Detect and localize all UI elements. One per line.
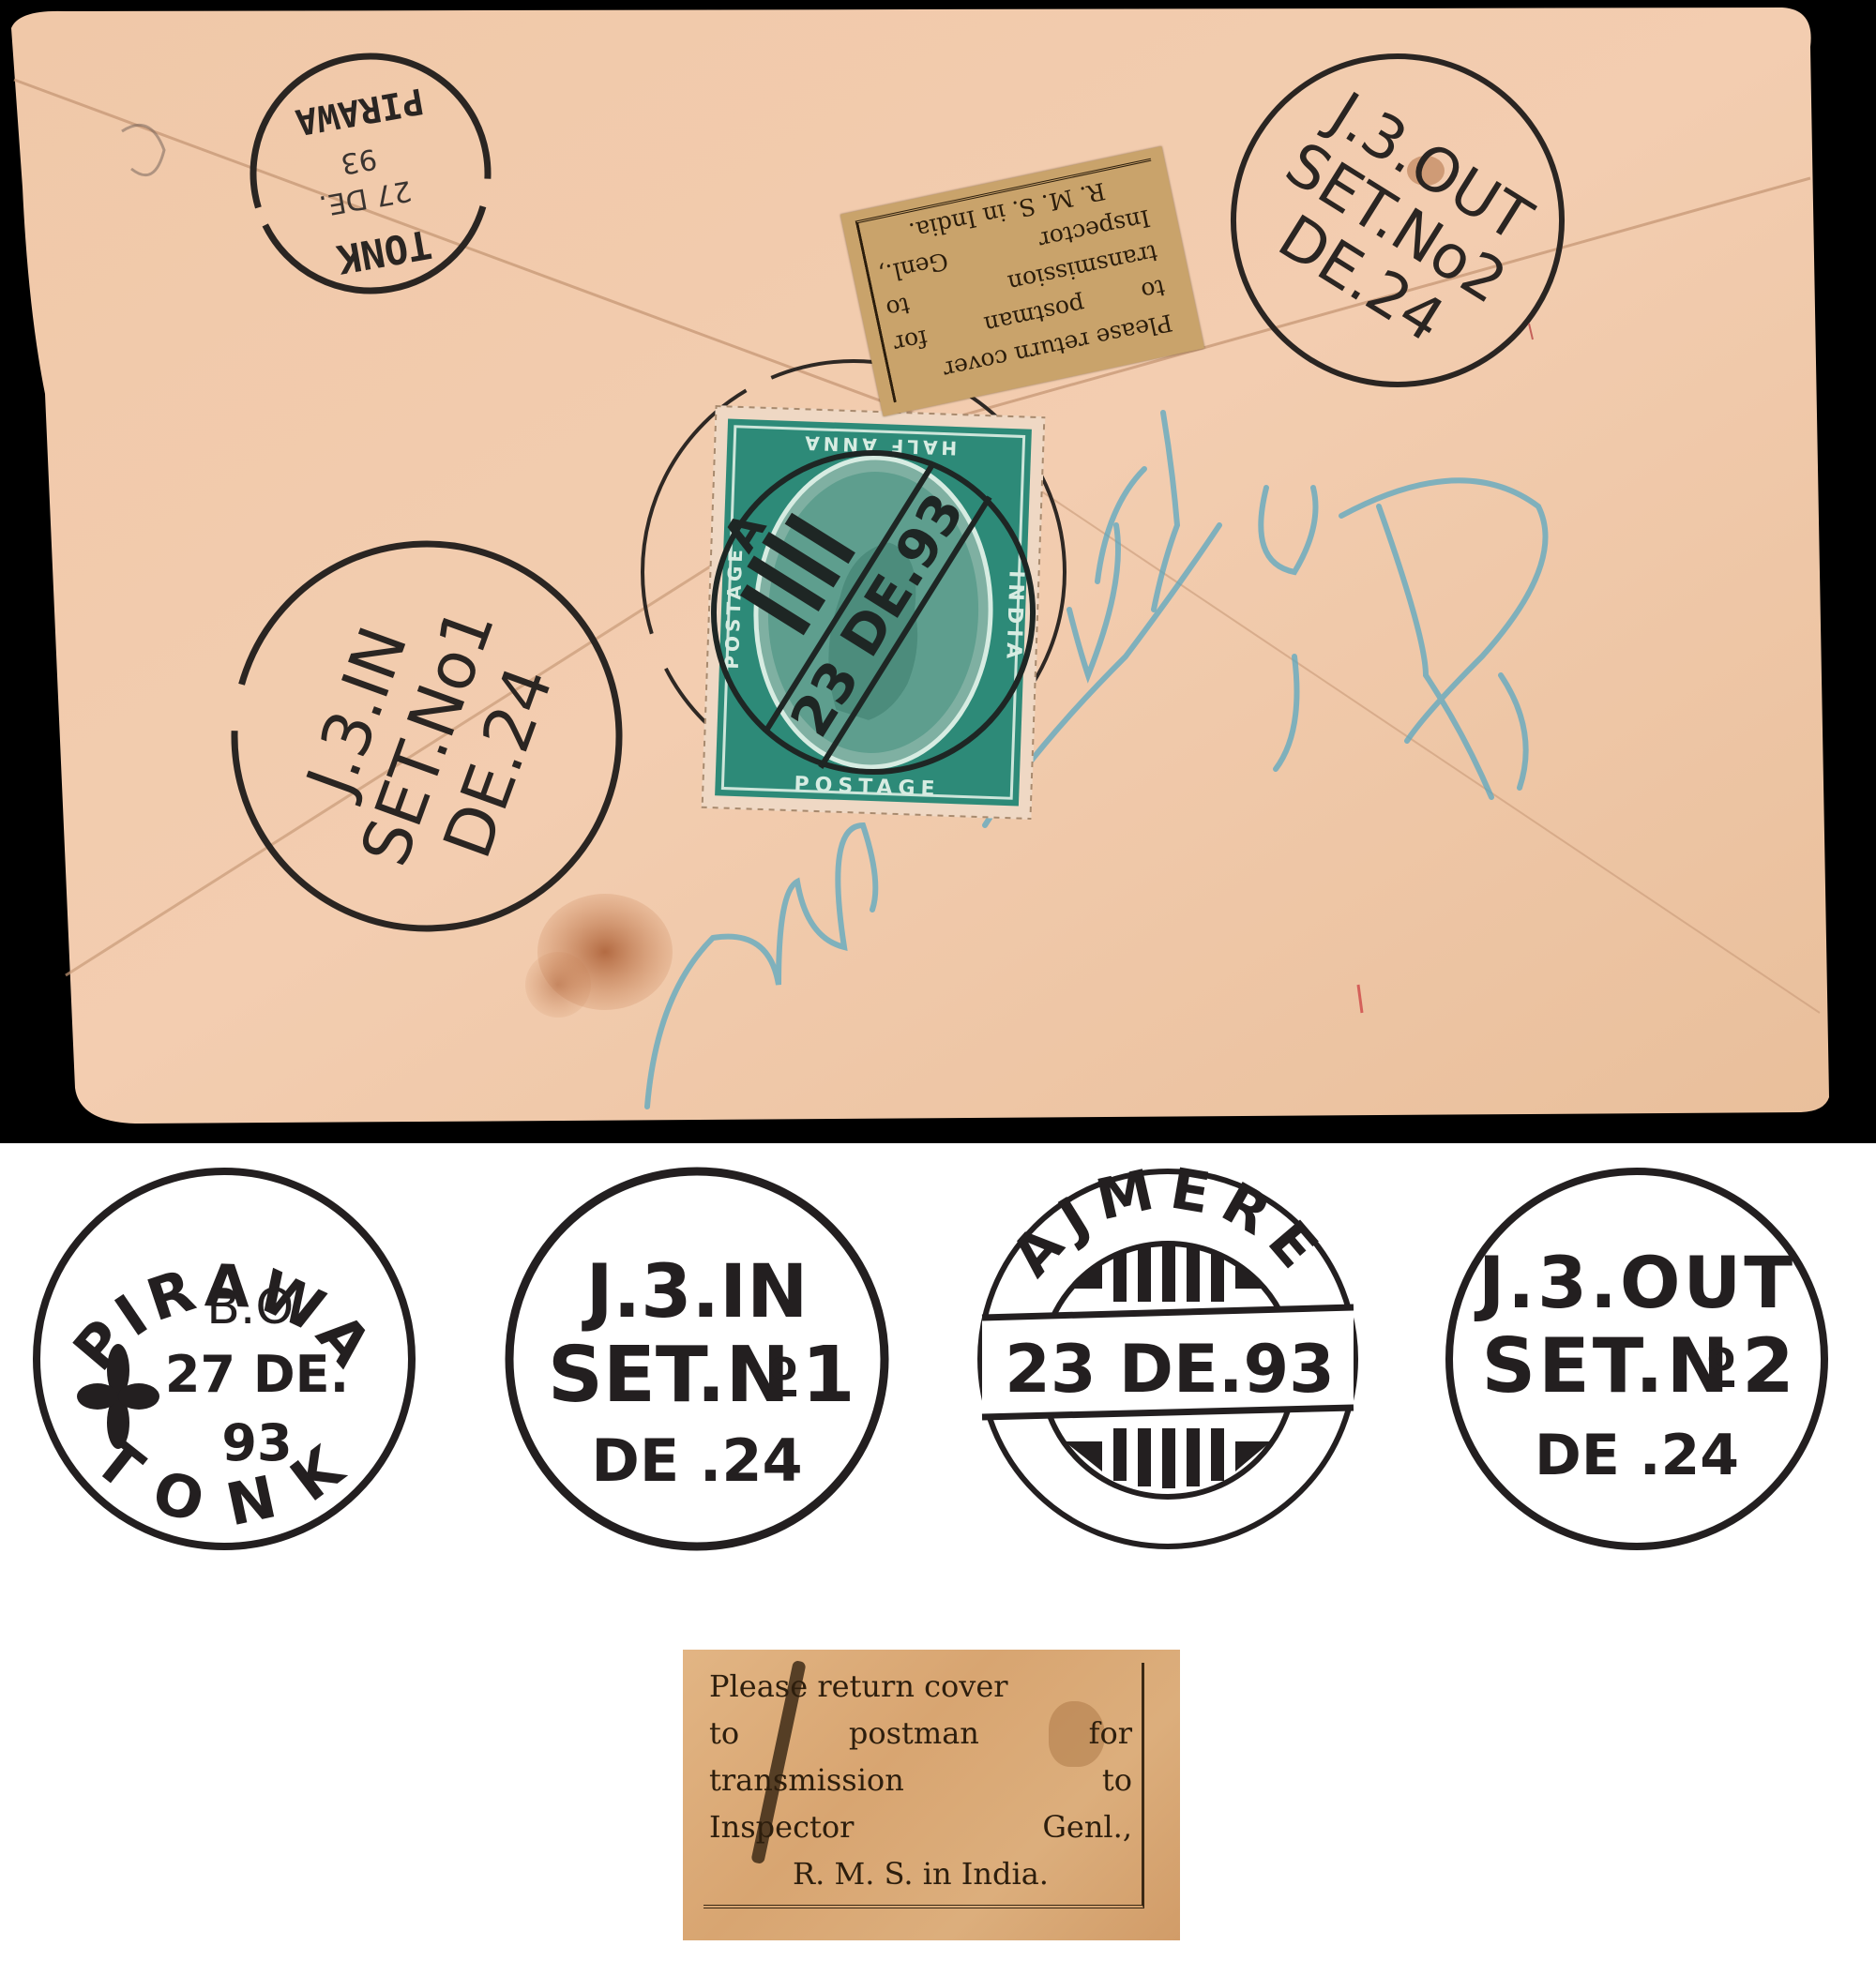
ajmere-cancel-diagram: AJMERE 23 DE	[971, 1162, 1365, 1556]
svg-text:J.3.IN: J.3.IN	[582, 1250, 809, 1335]
j3-in-cancel-diagram: J.3.IN SET.N o 1 DE .24	[500, 1162, 894, 1556]
svg-text:B.O.: B.O.	[206, 1279, 308, 1335]
svg-text:93: 93	[339, 142, 380, 180]
svg-text:DE .24: DE .24	[1535, 1423, 1739, 1488]
label-line-3: transmission to	[709, 1757, 1132, 1803]
envelope-photo-panel: TONK PIRAWA 27 DE. 93 J.3.OUT SET.No2 DE…	[0, 0, 1876, 1143]
svg-text:o: o	[769, 1342, 797, 1390]
svg-text:27 DE.: 27 DE.	[165, 1345, 349, 1404]
label-line-4: Inspector Genl.,	[709, 1803, 1132, 1850]
postmark-diagrams: PIRAWA TONK B.O. 27 DE. 93 J.3.IN SET.N …	[0, 1143, 1876, 1706]
svg-text:SET.N: SET.N	[1481, 1322, 1732, 1410]
label-line-1: Please return cover	[709, 1663, 1132, 1710]
label-line-5: R. M. S. in India.	[709, 1850, 1132, 1897]
svg-text:2: 2	[1742, 1322, 1794, 1410]
svg-text:SET.N: SET.N	[548, 1331, 790, 1420]
pirawa-cancel-diagram: PIRAWA TONK B.O. 27 DE. 93	[27, 1162, 421, 1556]
label-line-2: to postman for	[709, 1710, 1132, 1757]
svg-text:o: o	[1707, 1333, 1735, 1380]
half-anna-stamp: POSTAGE INDIA POSTAGE HALF ANNA 23 DE.93…	[702, 405, 1046, 820]
rms-return-label-enlarged: Please return cover to postman for trans…	[683, 1650, 1180, 1940]
j3-out-cancel-diagram: J.3.OUT SET.N o 2 DE .24	[1440, 1162, 1834, 1556]
svg-text:93: 93	[221, 1413, 292, 1472]
svg-text:1: 1	[801, 1331, 855, 1420]
svg-text:23 DE.93: 23 DE.93	[1005, 1331, 1335, 1408]
svg-text:J.3.OUT: J.3.OUT	[1474, 1241, 1795, 1324]
svg-text:INDIA: INDIA	[1001, 570, 1027, 665]
svg-text:DE .24: DE .24	[591, 1426, 802, 1495]
